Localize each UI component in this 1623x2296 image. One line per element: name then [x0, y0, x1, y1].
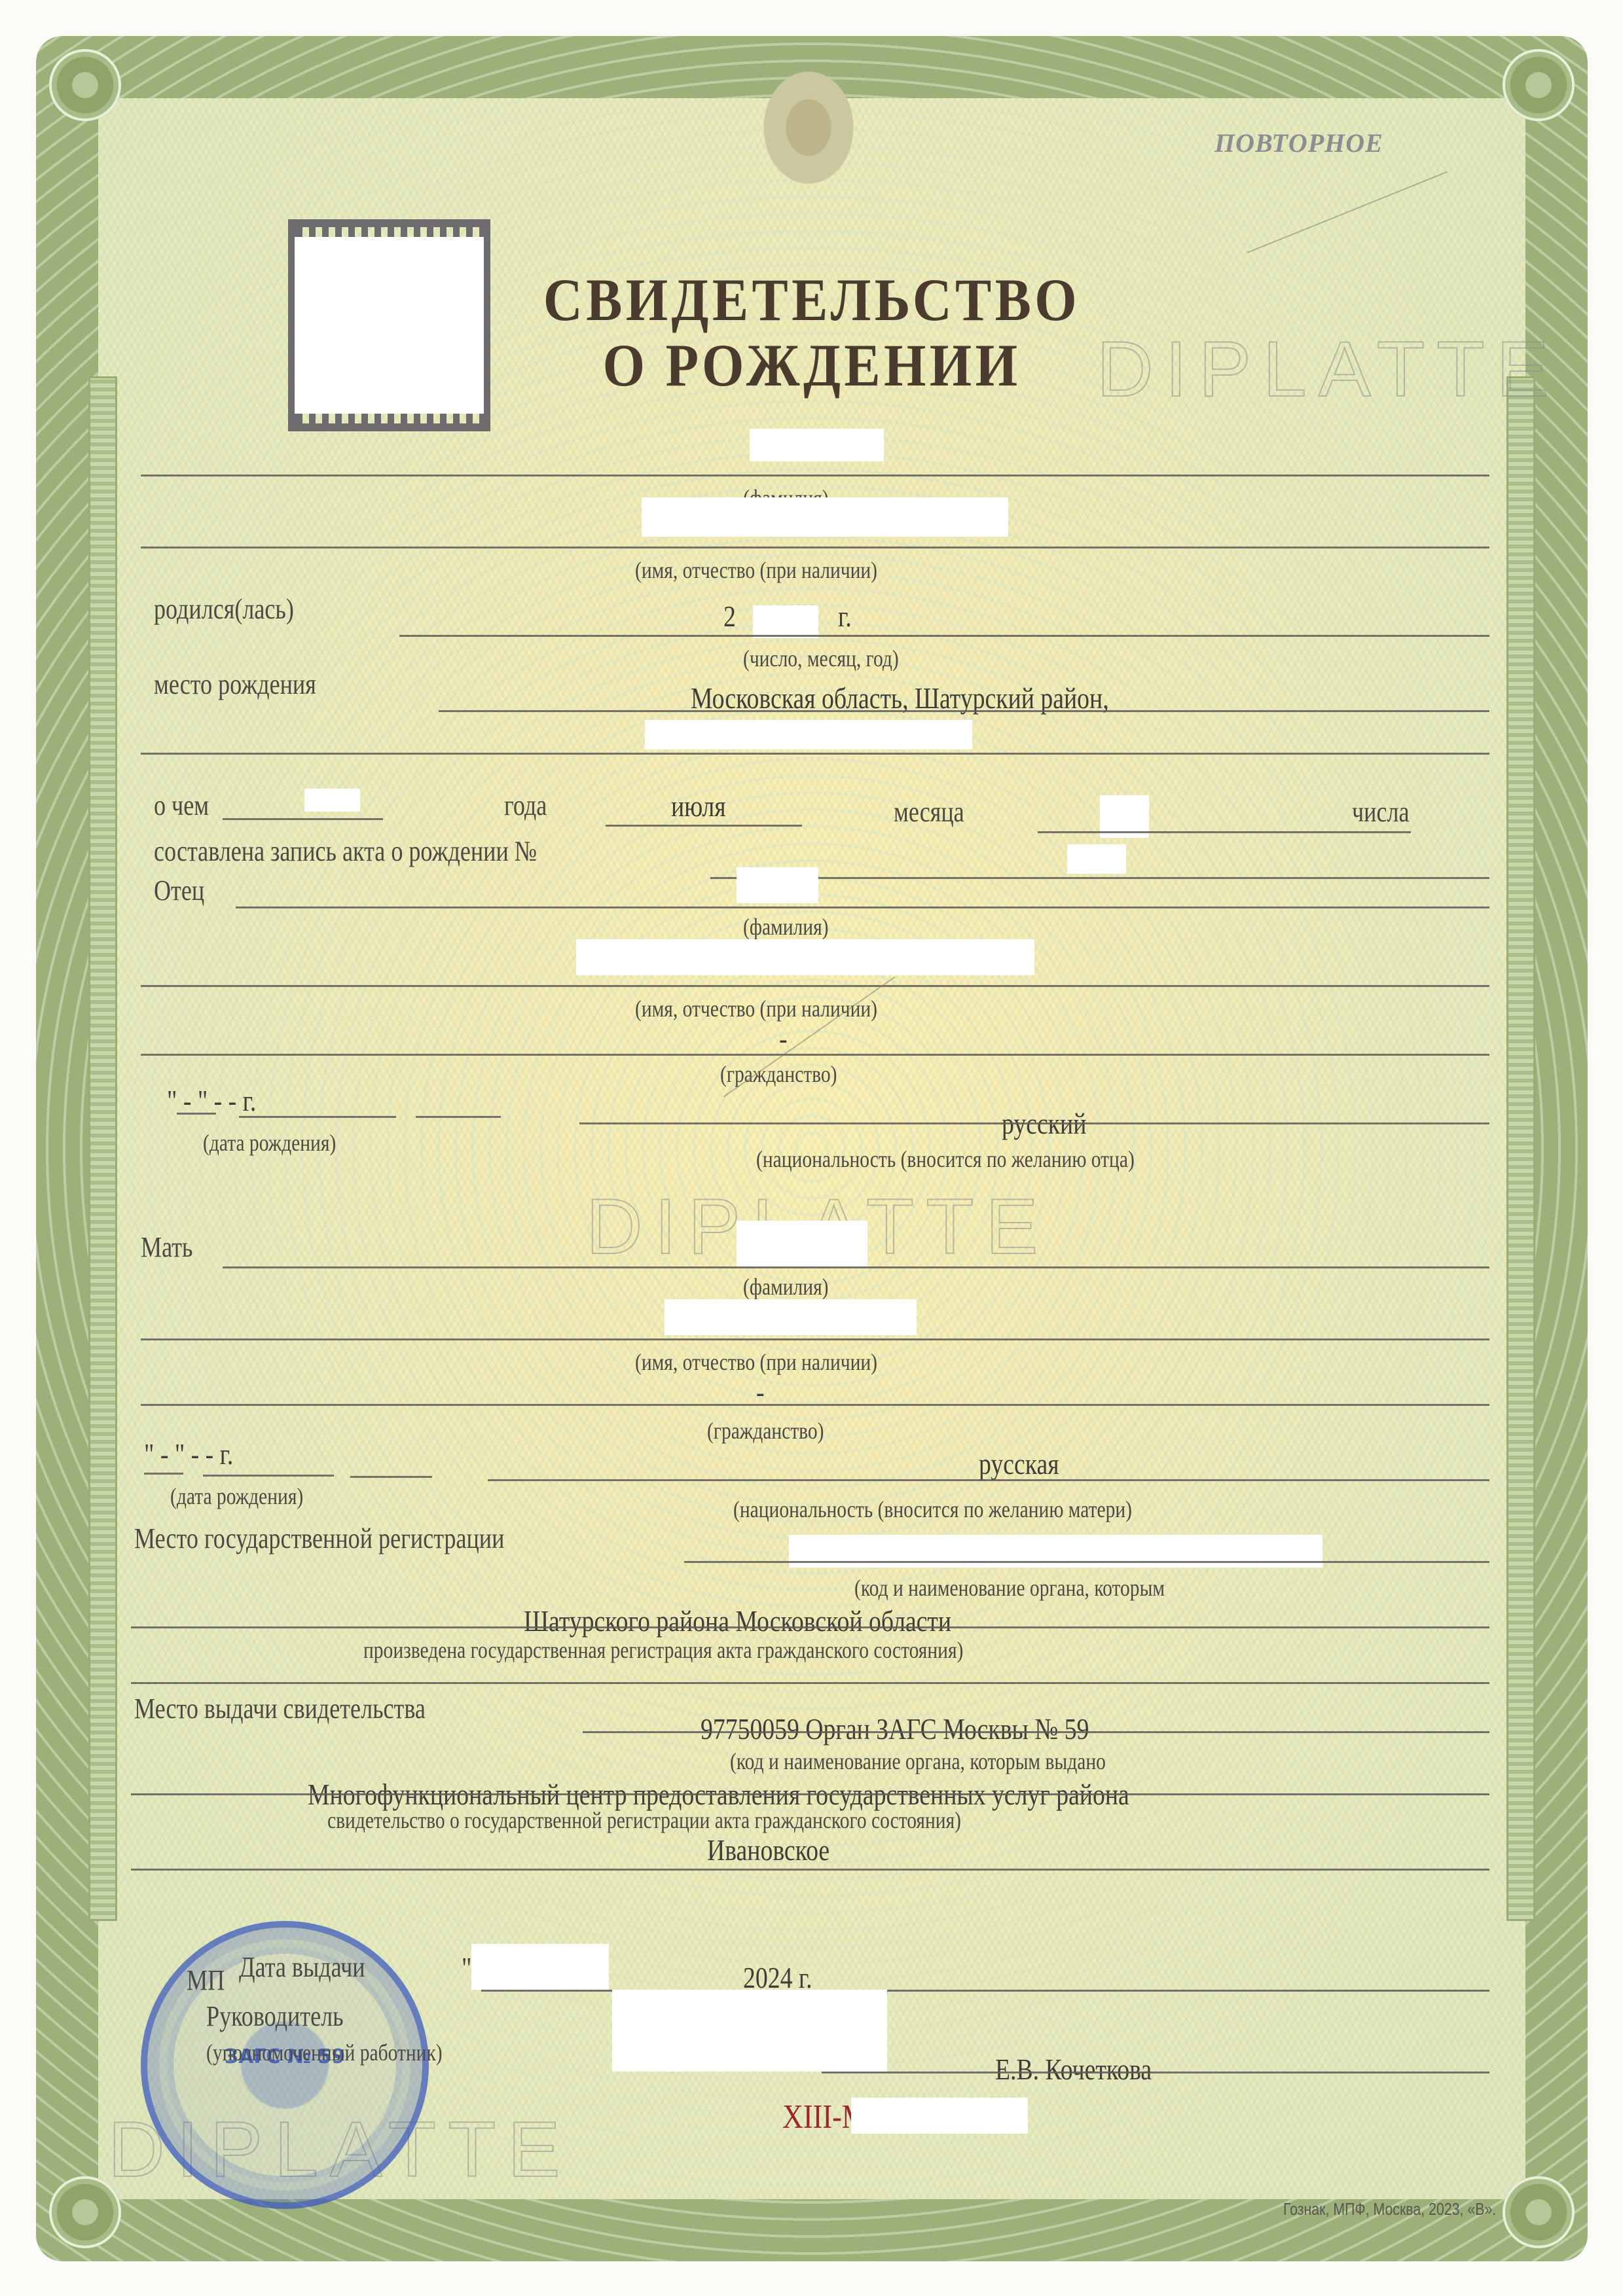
issue-date-quote: "	[462, 1950, 471, 1985]
issue-place-hint-2: свидетельство о государственной регистра…	[327, 1806, 961, 1834]
mother-citizenship-hint: (гражданство)	[707, 1417, 824, 1444]
registration-hint-2: произведена государственная регистрация …	[363, 1636, 963, 1664]
redaction	[642, 497, 1008, 537]
redaction	[737, 1221, 867, 1266]
issue-date-label: Дата выдачи	[239, 1950, 365, 1984]
underline	[579, 1122, 1489, 1124]
redaction	[645, 720, 972, 749]
underline	[141, 1054, 1489, 1056]
redaction	[851, 2098, 1028, 2134]
repeat-mark: ПОВТОРНОЕ	[1214, 128, 1383, 158]
father-surname-hint: (фамилия)	[743, 913, 828, 941]
underline	[583, 1731, 1489, 1733]
underline	[223, 1266, 1489, 1268]
redaction	[471, 1944, 609, 1990]
coat-of-arms-icon	[756, 62, 861, 193]
underline	[144, 1473, 183, 1475]
underline	[488, 1479, 1489, 1481]
redaction	[750, 429, 884, 461]
underline	[177, 1113, 216, 1115]
underline	[1038, 831, 1411, 833]
mother-surname-hint: (фамилия)	[743, 1273, 828, 1300]
born-hint: (число, месяц, год)	[743, 645, 899, 672]
rosette-icon	[1503, 49, 1575, 121]
birthplace-label: место рождения	[154, 668, 316, 701]
father-label: Отец	[154, 874, 204, 907]
underline	[141, 753, 1489, 755]
underline	[399, 635, 1489, 637]
record-day-label: числа	[1352, 795, 1409, 829]
underline	[131, 1682, 1489, 1684]
father-nationality-hint: (национальность (вносится по желанию отц…	[756, 1145, 1135, 1173]
issue-place-value-3: Ивановское	[707, 1833, 830, 1867]
underline	[141, 475, 1489, 476]
underline	[606, 825, 802, 827]
underline	[141, 1404, 1489, 1406]
rosette-icon	[1503, 2176, 1575, 2248]
born-value-prefix: 2	[723, 599, 736, 634]
underline	[141, 1338, 1489, 1340]
father-citizenship-value: -	[779, 1021, 788, 1056]
underline	[710, 877, 1489, 879]
mother-label: Мать	[141, 1230, 192, 1264]
father-dob-hint: (дата рождения)	[203, 1129, 336, 1157]
underline	[223, 818, 383, 820]
underline	[203, 1475, 334, 1477]
registration-label: Место государственной регистрации	[134, 1522, 504, 1555]
head-label: Руководитель	[206, 2000, 344, 2033]
redaction	[304, 789, 360, 812]
right-ornament-band	[1506, 376, 1535, 1921]
child-name-hint: (имя, отчество (при наличии)	[635, 556, 877, 584]
mother-nationality-value: русская	[979, 1446, 1059, 1481]
record-year-label: года	[504, 789, 547, 822]
mother-dob-value: " - " - - г.	[144, 1437, 233, 1471]
underline	[350, 1476, 432, 1478]
underline	[131, 1793, 1489, 1795]
underline	[439, 710, 1489, 712]
underline	[141, 985, 1489, 987]
record-about-label: о чем	[154, 789, 209, 822]
registration-hint-1: (код и наименование органа, которым	[854, 1574, 1165, 1602]
issue-place-value-1: 97750059 Орган ЗАГС Москвы № 59	[701, 1712, 1089, 1746]
underline	[131, 1869, 1489, 1871]
signatory-name: Е.В. Кочеткова	[995, 2052, 1152, 2087]
born-label: родился(лась)	[154, 592, 294, 626]
mother-dob-hint: (дата рождения)	[170, 1482, 303, 1510]
signature-line	[822, 2072, 1489, 2073]
underline	[239, 1116, 396, 1118]
underline	[416, 1116, 501, 1118]
father-name-hint: (имя, отчество (при наличии)	[635, 995, 877, 1022]
born-value-suffix: г.	[838, 599, 852, 634]
underline	[236, 906, 1489, 908]
redaction	[576, 939, 1034, 975]
underline	[141, 547, 1489, 548]
head-hint: (уполномоченный работник)	[206, 2039, 443, 2066]
mother-name-hint: (имя, отчество (при наличии)	[635, 1348, 877, 1376]
redaction	[737, 867, 818, 903]
redaction	[665, 1299, 917, 1335]
father-citizenship-hint: (гражданство)	[720, 1060, 837, 1088]
redaction	[612, 1990, 887, 2072]
issue-place-label: Место выдачи свидетельства	[134, 1692, 426, 1725]
watermark: DIPLATTE	[1097, 324, 1561, 414]
record-month-label: месяца	[894, 795, 964, 829]
rosette-icon	[49, 49, 121, 121]
left-ornament-band	[88, 376, 117, 1921]
redaction	[1067, 844, 1126, 874]
redaction	[753, 605, 818, 638]
mp-label: МП	[187, 1964, 225, 1997]
registration-value: Шатурского района Московской области	[524, 1604, 951, 1638]
record-number-label: составлена запись акта о рождении №	[154, 834, 537, 868]
record-month-value: июля	[671, 789, 726, 823]
issue-place-hint-1: (код и наименование органа, которым выда…	[730, 1748, 1106, 1775]
underline	[684, 1561, 1489, 1563]
mother-nationality-hint: (национальность (вносится по желанию мат…	[733, 1496, 1132, 1523]
underline	[131, 1626, 1489, 1628]
certificate-sheet: ПОВТОРНОЕ СВИДЕТЕЛЬСТВО О РОЖДЕНИИ DIPLA…	[36, 36, 1588, 2261]
printer-imprint: Гознак, МПФ, Москва, 2023, «В».	[1283, 2199, 1496, 2219]
